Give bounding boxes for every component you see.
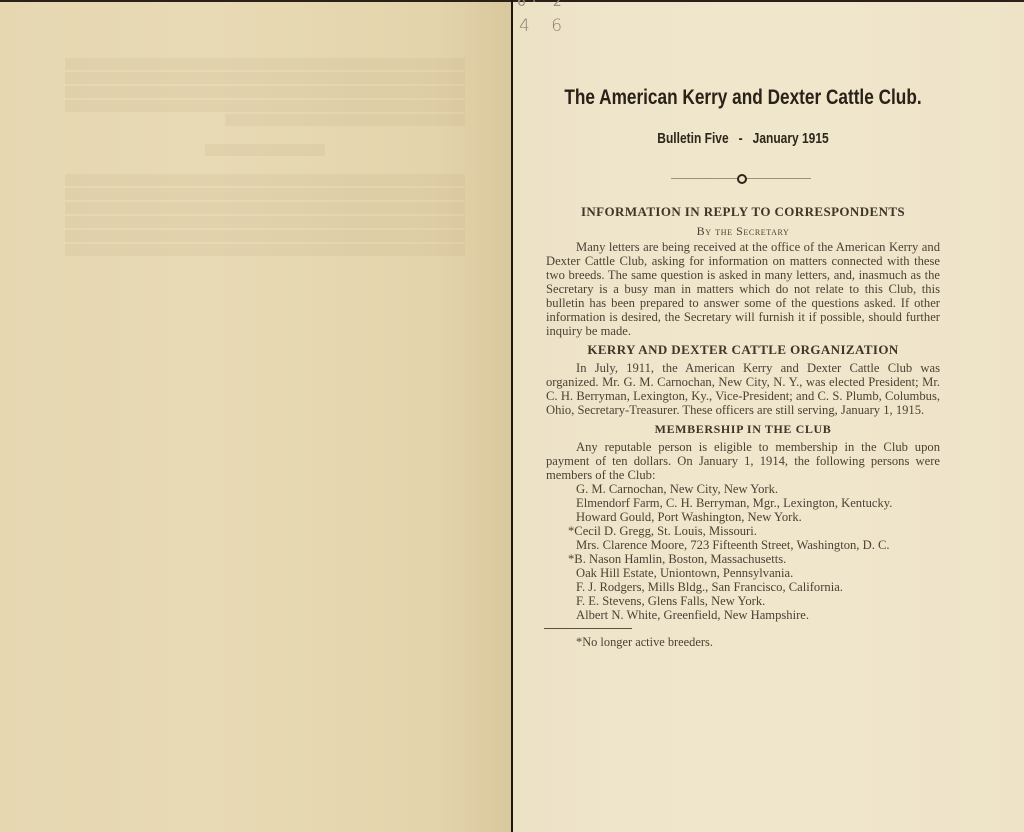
byline: By the Secretary <box>546 224 940 238</box>
bulletin-body: INFORMATION IN REPLY TO CORRESPONDENTS B… <box>546 204 940 649</box>
right-page: 6· 2 4 6 The American Kerry and Dexter C… <box>513 0 1024 832</box>
member-list: G. M. Carnochan, New City, New York. Elm… <box>546 482 940 622</box>
pencil-page-number: 4 6 <box>519 16 570 36</box>
member-item: F. E. Stevens, Glens Falls, New York. <box>546 594 940 608</box>
footnote-rule <box>544 628 632 629</box>
member-item: F. J. Rodgers, Mills Bldg., San Francisc… <box>546 580 940 594</box>
member-item: Mrs. Clarence Moore, 723 Fifteenth Stree… <box>546 538 940 552</box>
member-item: Albert N. White, Greenfield, New Hampshi… <box>546 608 940 622</box>
section-heading-information: INFORMATION IN REPLY TO CORRESPONDENTS <box>546 204 940 220</box>
section-heading-membership: MEMBERSHIP IN THE CLUB <box>546 421 940 437</box>
member-item: Oak Hill Estate, Uniontown, Pennsylvania… <box>546 566 940 580</box>
paragraph-organization: In July, 1911, the American Kerry and De… <box>546 361 940 417</box>
paragraph-information: Many letters are being received at the o… <box>546 240 940 338</box>
section-heading-organization: KERRY AND DEXTER CATTLE ORGANIZATION <box>546 342 940 358</box>
document-title: The American Kerry and Dexter Cattle Clu… <box>554 86 931 110</box>
paragraph-membership: Any reputable person is eligible to memb… <box>546 440 940 482</box>
book-spread: 6· 2 4 6 The American Kerry and Dexter C… <box>0 0 1024 832</box>
divider-ornament-icon <box>737 174 747 184</box>
member-item: *B. Nason Hamlin, Boston, Massachusetts. <box>546 552 940 566</box>
bleed-through-text <box>65 42 465 258</box>
member-item: Howard Gould, Port Washington, New York. <box>546 510 940 524</box>
member-item: Elmendorf Farm, C. H. Berryman, Mgr., Le… <box>546 496 940 510</box>
left-page <box>0 0 511 832</box>
pencil-mark-top: 6· 2 <box>517 0 568 10</box>
document-subtitle: Bulletin Five - January 1915 <box>559 130 927 147</box>
member-item: G. M. Carnochan, New City, New York. <box>546 482 940 496</box>
footnote: *No longer active breeders. <box>546 635 940 649</box>
member-item: *Cecil D. Gregg, St. Louis, Missouri. <box>546 524 940 538</box>
